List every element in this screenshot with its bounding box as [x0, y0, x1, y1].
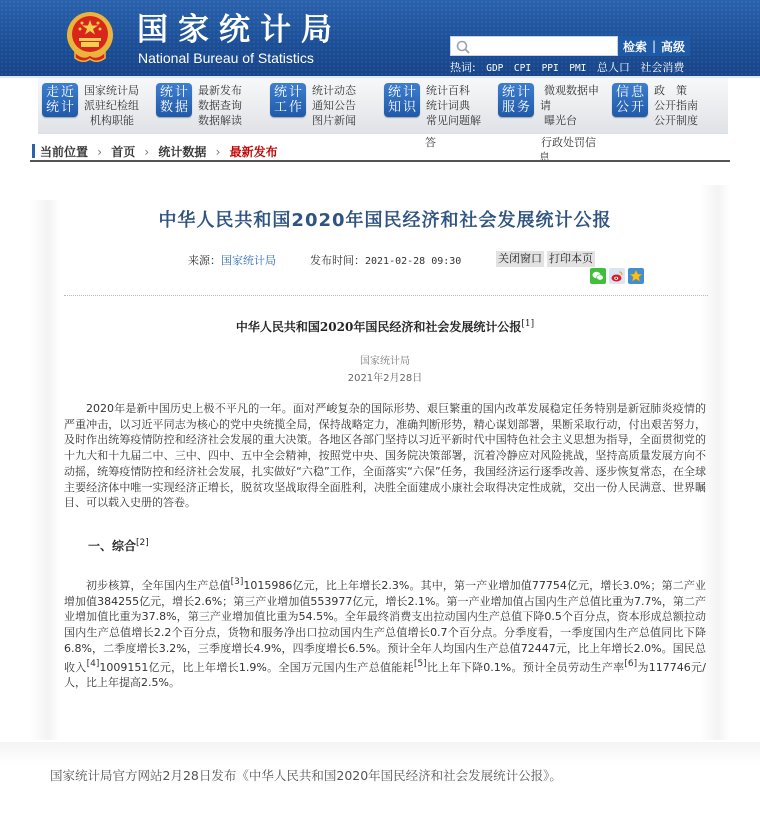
article-publish-time: 发布时间：2021-02-28 09:30 [310, 252, 461, 268]
breadcrumb-label: 当前位置 [40, 145, 88, 159]
search-input[interactable] [450, 36, 618, 56]
nav-link[interactable]: 统计动态 [312, 83, 356, 98]
hotword-link[interactable]: GDP [486, 63, 503, 74]
time-label: 发布时间： [310, 254, 365, 267]
hotword-link[interactable]: 社会消费 [640, 61, 684, 74]
search-icon [455, 39, 471, 55]
nav-group-about: 走近统计 国家统计局 派驻纪检组 机构职能 [42, 83, 139, 128]
nav-group-service: 统计服务 微观数据申 请 曝光台 [498, 83, 599, 128]
breadcrumb-stats-data[interactable]: 统计数据 [158, 145, 206, 159]
nav-badge-data[interactable]: 统计数据 [156, 83, 192, 117]
article-title: 中华人民共和国2020年国民经济和社会发展统计公报 [60, 206, 710, 232]
search-button[interactable]: 检索 [623, 38, 647, 55]
nav-link[interactable]: 统计词典 [426, 98, 481, 113]
nav-badge-about[interactable]: 走近统计 [42, 83, 78, 117]
source-link[interactable]: 国家统计局 [221, 254, 276, 267]
nav-link[interactable]: 通知公告 [312, 98, 356, 113]
paragraph-intro: 2020年是新中国历史上极不平凡的一年。面对严峻复杂的国际形势、艰巨繁重的国内改… [64, 401, 706, 511]
breadcrumb-home[interactable]: 首页 [111, 145, 135, 159]
hotwords-label: 热词: [450, 61, 476, 74]
nav-link[interactable]: 政 策 [654, 83, 698, 98]
document-title: 中华人民共和国2020年国民经济和社会发展统计公报[1] [60, 318, 710, 335]
hotword-link[interactable]: PMI [569, 63, 586, 74]
wechat-icon[interactable] [590, 268, 606, 284]
paragraph-overview: 初步核算，全年国内生产总值[3]1015986亿元，比上年增长2.3%。其中，第… [64, 575, 706, 691]
time-value: 2021-02-28 09:30 [365, 256, 461, 267]
nav-group-data: 统计数据 最新发布 数据查询 数据解读 [156, 83, 242, 128]
nav-link[interactable]: 机构职能 [84, 113, 139, 128]
close-window-button[interactable]: 关闭窗口 [496, 251, 544, 267]
hotword-link[interactable]: PPI [542, 63, 559, 74]
favorite-icon[interactable] [628, 268, 644, 284]
footnote-ref[interactable]: [6] [624, 659, 637, 669]
document-date: 2021年2月28日 [60, 369, 710, 384]
chevron-right-icon: › [216, 145, 221, 159]
footnote-ref[interactable]: [4] [87, 659, 100, 669]
article-source: 来源：国家统计局 [188, 252, 276, 268]
nav-group-disclosure: 信息公开 政 策 公开指南 公开制度 [612, 83, 698, 128]
site-logo-en: National Bureau of Statistics [138, 50, 314, 66]
weibo-icon[interactable] [609, 268, 625, 284]
nav-badge-work[interactable]: 统计工作 [270, 83, 306, 117]
hotwords: 热词: GDP CPI PPI PMI 总人口 社会消费 [450, 59, 691, 75]
chevron-right-icon: › [144, 145, 149, 159]
nav-group-work: 统计工作 统计动态 通知公告 图片新闻 [270, 83, 356, 128]
nav-group-knowledge: 统计知识 统计百科 统计词典 常见问题解 [384, 83, 481, 128]
nav-badge-disclosure[interactable]: 信息公开 [612, 83, 648, 117]
document-org: 国家统计局 [60, 352, 710, 367]
nav-link[interactable]: 数据查询 [198, 98, 242, 113]
nav-link[interactable]: 常见问题解 [426, 113, 481, 128]
section-heading: 一、综合[2] [88, 537, 149, 554]
nav-link[interactable]: 微观数据申 [540, 83, 599, 98]
footnote-ref[interactable]: [3] [231, 577, 244, 587]
nav-link[interactable]: 派驻纪检组 [84, 98, 139, 113]
search-button-group: 检索 | 高级 [618, 36, 690, 56]
chevron-right-icon: › [97, 145, 102, 159]
site-header: 国家统计局 National Bureau of Statistics 检索 |… [0, 0, 760, 78]
card-edge-left [30, 200, 60, 740]
source-label: 来源： [188, 254, 221, 267]
nav-link[interactable]: 公开指南 [654, 98, 698, 113]
search-separator: | [652, 39, 656, 53]
breadcrumb-marker [32, 144, 35, 158]
nav-badge-service[interactable]: 统计服务 [498, 83, 534, 117]
nav-link[interactable]: 公开制度 [654, 113, 698, 128]
print-page-button[interactable]: 打印本页 [547, 251, 595, 267]
hotword-link[interactable]: 总人口 [597, 61, 630, 74]
advanced-search-button[interactable]: 高级 [661, 38, 685, 55]
nav-link[interactable]: 请 [540, 98, 599, 113]
nav-link[interactable]: 统计百科 [426, 83, 481, 98]
breadcrumb-underline [30, 160, 730, 162]
footnote-ref[interactable]: [5] [414, 659, 427, 669]
nav-link[interactable]: 图片新闻 [312, 113, 356, 128]
nav-link[interactable]: 国家统计局 [84, 83, 139, 98]
main-nav: 走近统计 国家统计局 派驻纪检组 机构职能 统计数据 最新发布 数据查询 数据解… [38, 78, 728, 134]
national-emblem-icon [61, 8, 119, 66]
image-caption: 国家统计局官方网站2月28日发布《中华人民共和国2020年国民经济和社会发展统计… [50, 766, 562, 784]
hotword-link[interactable]: CPI [514, 63, 531, 74]
nav-link[interactable]: 曝光台 [540, 113, 599, 128]
nav-badge-knowledge[interactable]: 统计知识 [384, 83, 420, 117]
footnote-ref[interactable]: [1] [521, 319, 534, 329]
nav-link[interactable]: 数据解读 [198, 113, 242, 128]
article-divider [64, 295, 708, 296]
breadcrumb-current[interactable]: 最新发布 [230, 145, 278, 159]
nav-link[interactable]: 最新发布 [198, 83, 242, 98]
footnote-ref[interactable]: [2] [136, 538, 149, 548]
breadcrumb: 当前位置 › 首页 › 统计数据 › 最新发布 [30, 142, 730, 160]
site-logo-cn[interactable]: 国家统计局 [137, 4, 342, 49]
